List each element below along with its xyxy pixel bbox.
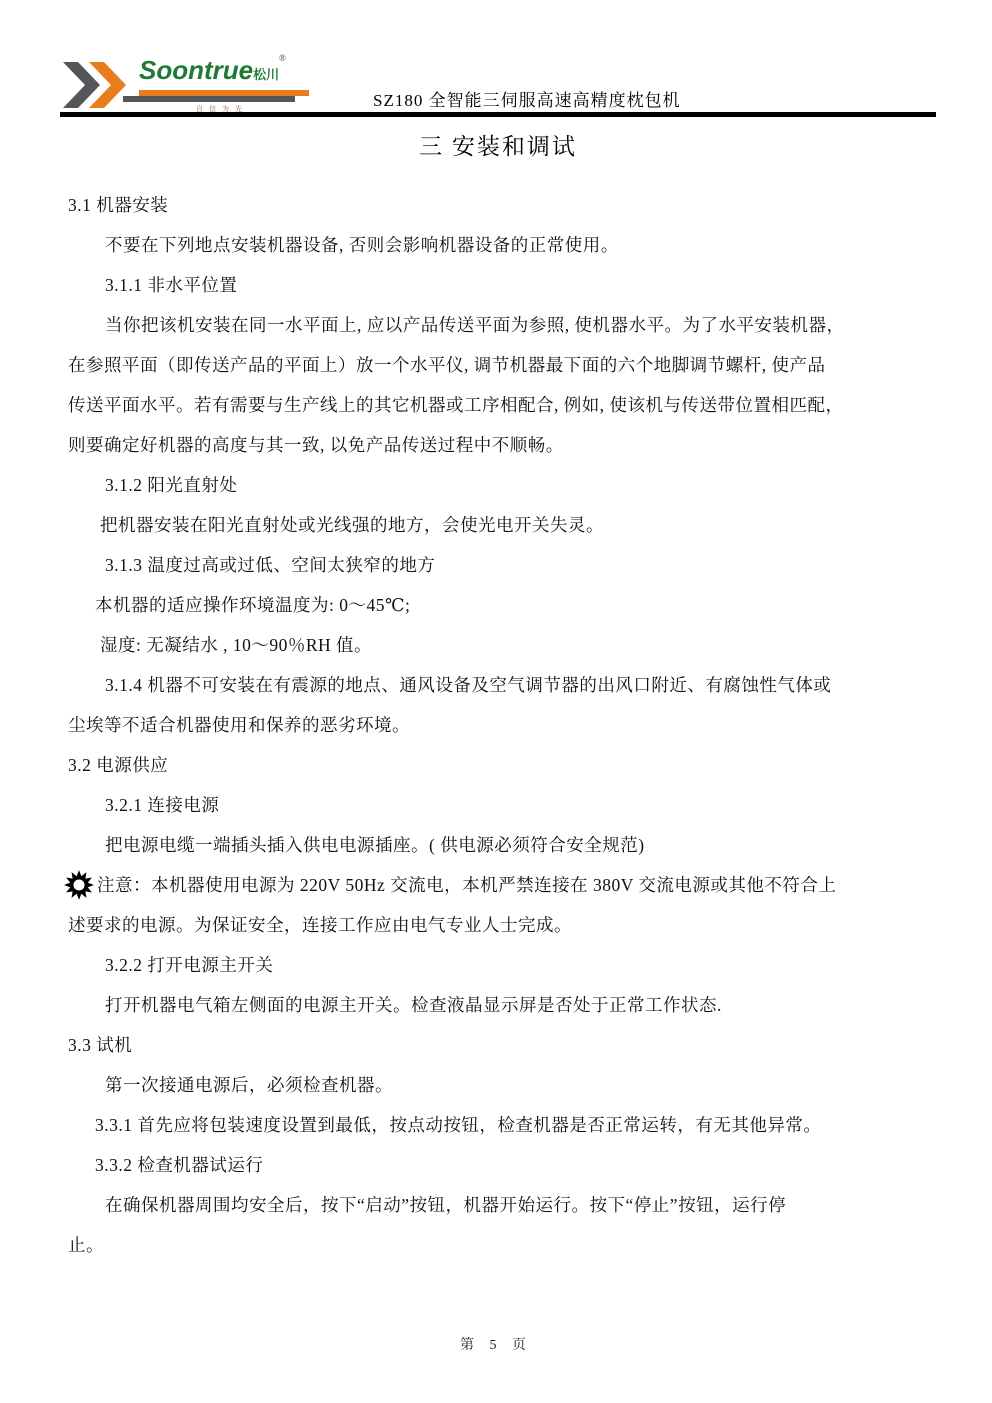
paragraph-line: 在参照平面（即传送产品的平面上）放一个水平仪, 调节机器最下面的六个地脚调节螺杆… — [60, 345, 938, 385]
note-text: 注意：本机器使用电源为 220V 50Hz 交流电，本机严禁连接在 380V 交… — [97, 865, 836, 905]
logo-underline-gray — [123, 96, 295, 102]
paragraph-line: 尘埃等不适合机器使用和保养的恶劣环境。 — [60, 705, 938, 745]
section-heading-3-1-4: 3.1.4 机器不可安装在有震源的地点、通风设备及空气调节器的出风口附近、有腐蚀… — [60, 665, 938, 705]
paragraph-line: 湿度: 无凝结水 , 10～90％RH 值。 — [60, 625, 938, 665]
paragraph-line: 把机器安装在阳光直射处或光线强的地方，会使光电开关失灵。 — [60, 505, 938, 545]
brand-logo: Soontrue松川® 自信为先 — [63, 53, 323, 115]
paragraph-line: 述要求的电源。为保证安全，连接工作应由电气专业人士完成。 — [60, 905, 938, 945]
paragraph-line: 不要在下列地点安装机器设备, 否则会影响机器设备的正常使用。 — [60, 225, 938, 265]
section-heading-3-2-2: 3.2.2 打开电源主开关 — [60, 945, 938, 985]
manual-page: Soontrue松川® 自信为先 SZ180 全智能三伺服高速高精度枕包机 三 … — [0, 0, 992, 1403]
header-rule — [60, 112, 936, 117]
paragraph-line: 把电源电缆一端插头插入供电电源插座。( 供电源必须符合安全规范) — [60, 825, 938, 865]
section-heading-3-1-1: 3.1.1 非水平位置 — [60, 265, 938, 305]
section-heading-3-3-2: 3.3.2 检查机器试运行 — [60, 1145, 938, 1185]
paragraph-line: 传送平面水平。若有需要与生产线上的其它机器或工序相配合, 例如, 使该机与传送带… — [60, 385, 938, 425]
paragraph-line: 当你把该机安装在同一水平面上, 应以产品传送平面为参照, 使机器水平。为了水平安… — [60, 305, 938, 345]
document-body: 3.1 机器安装 不要在下列地点安装机器设备, 否则会影响机器设备的正常使用。 … — [60, 185, 938, 1265]
paragraph-line: 打开机器电气箱左侧面的电源主开关。检查液晶显示屏是否处于正常工作状态. — [60, 985, 938, 1025]
page-number: 第 5 页 — [0, 1334, 992, 1354]
section-heading-3-1-3: 3.1.3 温度过高或过低、空间太狭窄的地方 — [60, 545, 938, 585]
paragraph-line: 在确保机器周围均安全后，按下“启动”按钮，机器开始运行。按下“停止”按钮，运行停 — [60, 1185, 938, 1225]
section-heading-3-3-1: 3.3.1 首先应将包装速度设置到最低，按点动按钮，检查机器是否正常运转，有无其… — [60, 1105, 938, 1145]
page-title: 三 安装和调试 — [60, 128, 936, 161]
paragraph-line: 第一次接通电源后，必须检查机器。 — [60, 1065, 938, 1105]
double-chevron-icon — [63, 59, 139, 111]
warning-burst-icon — [63, 869, 95, 901]
section-heading-3-1-2: 3.1.2 阳光直射处 — [60, 465, 938, 505]
document-header-title: SZ180 全智能三伺服高速高精度枕包机 — [373, 86, 681, 111]
paragraph-line: 本机器的适应操作环境温度为: 0～45℃; — [60, 585, 938, 625]
brand-name: Soontrue — [139, 55, 253, 85]
paragraph-line: 止。 — [60, 1225, 938, 1265]
section-heading-3-2: 3.2 电源供应 — [60, 745, 938, 785]
section-heading-3-1: 3.1 机器安装 — [60, 185, 938, 225]
note-line: 注意：本机器使用电源为 220V 50Hz 交流电，本机严禁连接在 380V 交… — [60, 865, 938, 905]
section-heading-3-3: 3.3 试机 — [60, 1025, 938, 1065]
section-heading-3-2-1: 3.2.1 连接电源 — [60, 785, 938, 825]
brand-name-chinese: 松川 — [253, 67, 279, 82]
paragraph-line: 则要确定好机器的高度与其一致, 以免产品传送过程中不顺畅。 — [60, 425, 938, 465]
registered-trademark-icon: ® — [279, 53, 286, 63]
brand-wordmark: Soontrue松川® — [139, 55, 286, 86]
